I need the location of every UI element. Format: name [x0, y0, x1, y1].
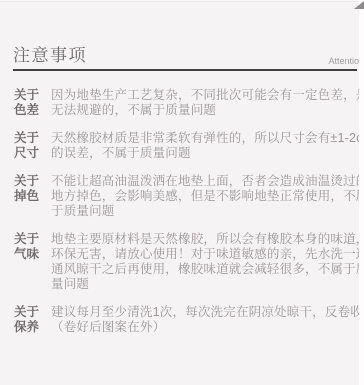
- row-text: 不能让超高油温泼洒在地垫上面，否者会造成油温烫过的地方掉色，会影响美感，但是不影…: [51, 174, 364, 219]
- section-header: 注意事项 Attention: [13, 44, 364, 68]
- row-text-line: 的误差，不属于质量问题: [51, 146, 364, 161]
- row-text-line: 于质量问题: [51, 204, 364, 219]
- row-text: 建议每月至少清洗1次，每次洗完在阴凉处晾干，反卷收纳（卷好后图案在外）: [51, 305, 364, 335]
- row-label-line: 关于: [14, 305, 40, 320]
- row-label-line: 关于: [14, 88, 40, 103]
- row-text: 因为地垫生产工艺复杂，不同批次可能会有一定色差，是无法规避的，不属于质量问题: [51, 88, 364, 118]
- notice-row: 关于掉色不能让超高油温泼洒在地垫上面，否者会造成油温烫过的地方掉色，会影响美感，…: [14, 174, 364, 219]
- row-text-line: 地方掉色，会影响美感，但是不影响地垫正常使用，不属: [51, 189, 364, 204]
- notice-row: 关于气味地垫主要原材料是天然橡胶，所以会有橡胶本身的味道，环保无害，请放心使用！…: [14, 232, 364, 292]
- row-text-line: 通风晾干之后再使用，橡胶味道就会减轻很多，不属于质: [51, 262, 364, 277]
- notice-row: 关于保养建议每月至少清洗1次，每次洗完在阴凉处晾干，反卷收纳（卷好后图案在外）: [14, 305, 364, 335]
- row-label: 关于尺寸: [14, 131, 40, 161]
- row-label-line: 关于: [14, 174, 40, 189]
- page-right-edge: [359, 0, 364, 385]
- row-label-line: 关于: [14, 131, 40, 146]
- row-label: 关于掉色: [14, 174, 40, 204]
- row-text-line: 地垫主要原材料是天然橡胶，所以会有橡胶本身的味道，: [51, 232, 364, 247]
- row-text-line: 建议每月至少清洗1次，每次洗完在阴凉处晾干，反卷收纳: [51, 305, 364, 320]
- notice-row: 关于色差因为地垫生产工艺复杂，不同批次可能会有一定色差，是无法规避的，不属于质量…: [14, 88, 364, 118]
- row-text-line: 因为地垫生产工艺复杂，不同批次可能会有一定色差，是: [51, 88, 364, 103]
- row-label-line: 保养: [14, 320, 40, 335]
- row-text-line: 天然橡胶材质是非常柔软有弹性的，所以尺寸会有±1-2cm: [51, 131, 364, 146]
- row-label-line: 色差: [14, 103, 40, 118]
- notice-page: 注意事项 Attention 关于色差因为地垫生产工艺复杂，不同批次可能会有一定…: [0, 0, 364, 385]
- notice-row: 关于尺寸天然橡胶材质是非常柔软有弹性的，所以尺寸会有±1-2cm的误差，不属于质…: [14, 131, 364, 161]
- row-text: 地垫主要原材料是天然橡胶，所以会有橡胶本身的味道，环保无害，请放心使用！对于味道…: [51, 232, 364, 292]
- corner-triangle-icon: [354, 1, 364, 9]
- row-text-line: （卷好后图案在外）: [51, 320, 364, 335]
- top-divider: [0, 0, 364, 2]
- row-label-line: 关于: [14, 232, 40, 247]
- row-text-line: 环保无害，请放心使用！对于味道敏感的亲，先水洗一遍: [51, 247, 364, 262]
- row-text: 天然橡胶材质是非常柔软有弹性的，所以尺寸会有±1-2cm的误差，不属于质量问题: [51, 131, 364, 161]
- row-label: 关于气味: [14, 232, 40, 262]
- row-label-line: 气味: [14, 247, 40, 262]
- row-text-line: 量问题: [51, 277, 364, 292]
- row-label-line: 尺寸: [14, 146, 40, 161]
- row-text-line: 无法规避的，不属于质量问题: [51, 103, 364, 118]
- row-text-line: 不能让超高油温泼洒在地垫上面，否者会造成油温烫过的: [51, 174, 364, 189]
- title-underline: [13, 69, 357, 71]
- row-label: 关于保养: [14, 305, 40, 335]
- row-label: 关于色差: [14, 88, 40, 118]
- notice-list: 关于色差因为地垫生产工艺复杂，不同批次可能会有一定色差，是无法规避的，不属于质量…: [14, 88, 364, 348]
- row-label-line: 掉色: [14, 189, 40, 204]
- section-title: 注意事项: [13, 44, 87, 68]
